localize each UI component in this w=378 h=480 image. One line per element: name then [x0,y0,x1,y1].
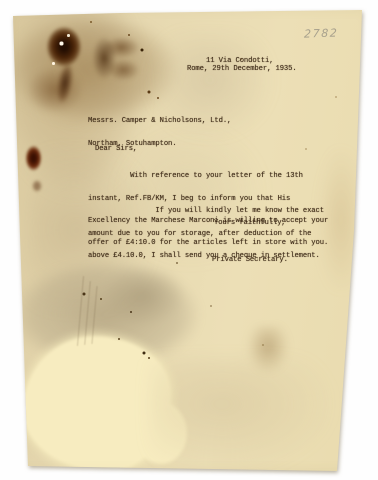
foxing-specks [0,0,2,2]
signature-title: Private Secretary. [212,257,288,264]
paragraph-line: amount due to you for storage, after ded… [88,231,324,238]
paragraph-line: If you will kindly let me know the exact [88,208,324,215]
stain-bottom-patch [248,326,288,372]
letter-paper: 2782 11 Via Condotti, Rome, 29th Decembe… [0,0,378,480]
stain-bottom-mottle [150,360,330,470]
paper-crease [84,281,91,345]
dateline: Rome, 29th December, 1935. [187,66,297,73]
paragraph-line: above £4.10.0, I shall send you a cheque… [88,253,324,260]
paper-crease [77,276,84,346]
stain-left-edge-dot [33,181,41,191]
stain-dark-blob [46,26,82,72]
paragraph-line: With reference to your letter of the 13t… [88,173,328,180]
archive-number-pencil: 2782 [304,26,339,40]
stain-dark-tail [54,61,75,105]
salutation: Dear Sirs, [95,146,137,153]
closing-valediction: Yours faithfully, [214,220,286,227]
recipient-line-1: Messrs. Camper & Nicholsons, Ltd., [88,118,231,125]
stain-glint-specks [0,0,3,3]
pale-blotch-bottom-left [23,336,171,472]
body-paragraph-2: If you will kindly let me know the exact… [88,194,324,276]
recipient-block: Messrs. Camper & Nicholsons, Ltd., North… [88,104,231,164]
paper-shadow-wrap: 2782 11 Via Condotti, Rome, 29th Decembe… [0,0,378,480]
stain-left-edge-spot [25,145,44,178]
stain-branching-brown [88,34,142,82]
stain-left-streaks [28,68,82,112]
paper-crease [91,286,97,344]
scan-background: 2782 11 Via Condotti, Rome, 29th Decembe… [0,0,378,480]
